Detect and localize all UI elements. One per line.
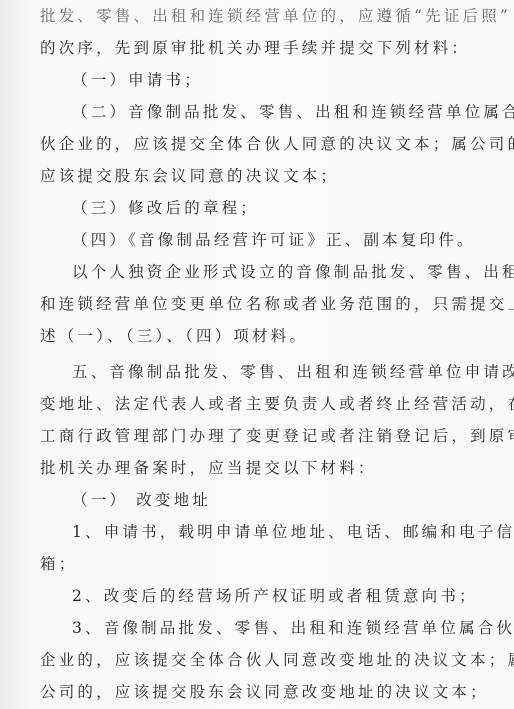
text-line-10: 和连锁经营单位变更单位名称或者业务范围的，只需提交上 [40, 294, 514, 314]
list-item-license-copy: （四）《音像制品经营许可证》正、副本复印件。 [72, 230, 476, 250]
text-line-2: 的次序，先到原审批机关办理手续并提交下列材料： [40, 38, 470, 58]
list-item-amended-charter: （三）修改后的章程； [72, 198, 259, 218]
scanned-document-page: 批发、零售、出租和连锁经营单位的，应遵循“先证后照” 的次序，先到原审批机关办理… [0, 0, 514, 709]
list-item-1-application: 1、申请书，载明申请单位地址、电话、邮编和电子信 [72, 522, 514, 542]
text-line-21: 企业的，应该提交全体合伙人同意改变地址的决议文本；属 [40, 650, 514, 670]
text-line-13: 变地址、法定代表人或者主要负责人或者终止经营活动，在 [40, 394, 514, 414]
text-line-22: 公司的，应该提交股东会议同意改变地址的决议文本； [40, 682, 489, 702]
list-item-2-property-proof: 2、改变后的经营场所产权证明或者租赁意向书； [72, 586, 478, 606]
list-item-application-form: （一）申请书； [72, 70, 203, 90]
text-line-14: 工商行政管理部门办理了变更登记或者注销登记后，到原审 [40, 426, 514, 446]
section-five-heading: 五、音像制品批发、零售、出租和连锁经营单位申请改 [72, 362, 514, 382]
text-line-5: 伙企业的，应该提交全体合伙人同意的决议文本；属公司的， [40, 134, 514, 154]
text-line-15: 批机关办理备案时，应当提交以下材料： [40, 458, 377, 478]
text-line-6: 应该提交股东会议同意的决议文本； [40, 166, 339, 186]
text-line-11: 述（一）、（三）、（四）项材料。 [40, 326, 308, 346]
list-item-partnership-resolution: （二）音像制品批发、零售、出租和连锁经营单位属合 [72, 102, 514, 122]
paragraph-sole-proprietorship: 以个人独资企业形式设立的音像制品批发、零售、出租 [72, 262, 514, 282]
subsection-change-address: （一） 改变地址 [72, 490, 211, 510]
text-line-18: 箱； [40, 554, 77, 574]
text-line-1: 批发、零售、出租和连锁经营单位的，应遵循“先证后照” [40, 6, 511, 26]
list-item-3-resolution: 3、音像制品批发、零售、出租和连锁经营单位属合伙 [72, 618, 514, 638]
